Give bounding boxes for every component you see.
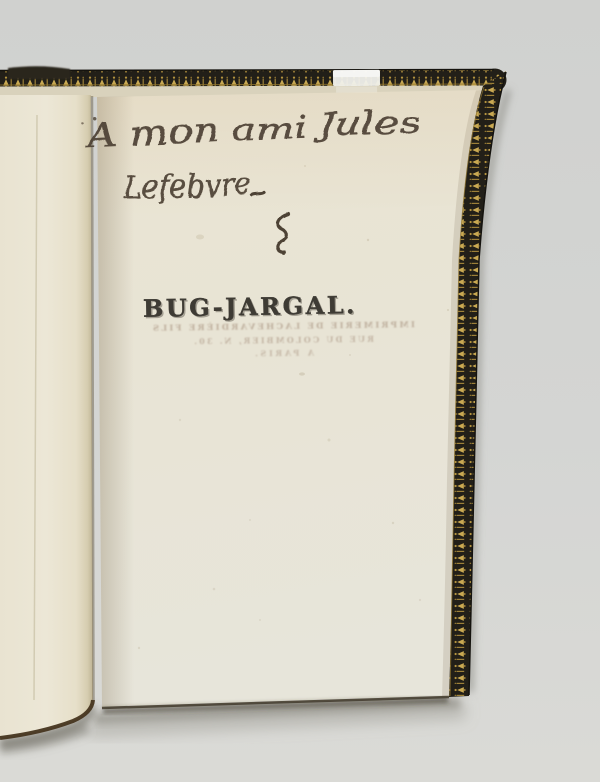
stack-pages — [0, 95, 93, 738]
inscription-line2: Lefebvre — [122, 165, 252, 207]
bookmark-tab — [333, 70, 380, 93]
left-page-stack — [0, 95, 94, 743]
bookmark-tab-highlight — [333, 70, 380, 77]
spine-headcap-smudge — [8, 66, 70, 79]
half-title-text: BUG-JARGAL. — [143, 290, 357, 323]
half-title: BUG-JARGAL. BUG-JARGAL. — [143, 290, 359, 324]
book-photo-scene: A mon ami Jules Lefebvre BUG-JARGAL. BUG… — [0, 0, 600, 782]
pen-rest-dot — [81, 123, 84, 126]
binding-outer-edge-top — [0, 70, 494, 71]
show-through-line3: A PARIS. — [252, 348, 315, 359]
bookmark-tab-ghost — [336, 86, 377, 92]
photo-of-book: A mon ami Jules Lefebvre BUG-JARGAL. BUG… — [0, 0, 600, 782]
gutter-crease — [92, 96, 94, 700]
paraph-blot — [281, 251, 285, 255]
